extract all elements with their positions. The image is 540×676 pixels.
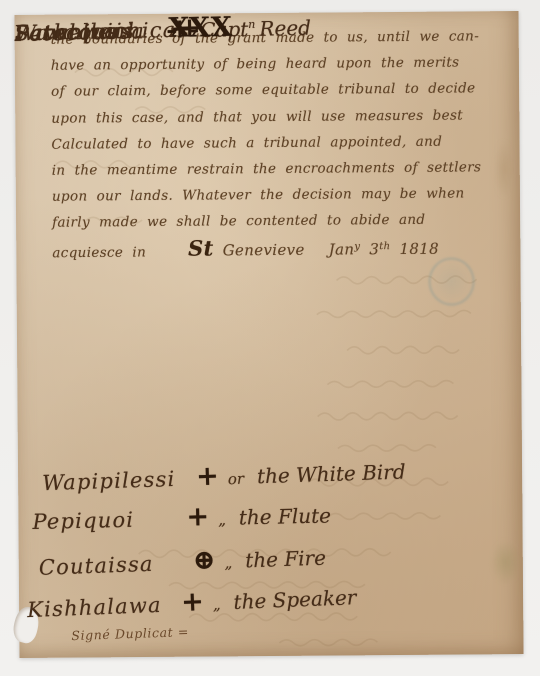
letter-line-text: fairly made we shall be contented to abi… (52, 212, 425, 231)
document-scan: the boundaries of the grant made to us, … (0, 0, 540, 676)
cross-mark-icon: + (180, 586, 204, 618)
signatory-name: Kishhalawa (27, 592, 180, 622)
circle-cross-mark-icon: ⊕ (192, 545, 216, 577)
letter-line-text: upon this case, and that you will use me… (51, 107, 463, 126)
letter-line: upon this case, and that you will use me… (51, 102, 509, 132)
letter-line: have an opportunity of being heard upon … (51, 49, 509, 79)
letter-line-text: Calculated to have such a tribunal appoi… (51, 133, 442, 152)
dateline-place-abbr: St (188, 236, 214, 261)
signatory-name: Wapipilessi (42, 466, 195, 495)
dateline-place: Genevieve (223, 241, 305, 260)
x-mark-icon: X (211, 12, 233, 43)
dateline-day: 3 (369, 240, 379, 258)
dateline-month: Jan (329, 240, 355, 258)
signature-description-superscript: n (248, 18, 255, 31)
letter-closing-line: acquiesce inStGenevieveJany3th1818 (52, 233, 510, 266)
ink-stamp (428, 257, 474, 305)
letter-line-text: in the meantime restrain the encroachmen… (52, 159, 482, 178)
ditto-mark: „ (224, 554, 232, 572)
cross-mark-icon: + (196, 461, 220, 493)
letter-line-text: of our claim, before some equitable trib… (51, 81, 475, 100)
signature-description: the Speaker (233, 585, 357, 614)
letter-line-text: acquiesce in (52, 244, 146, 261)
signature-description: the White Bird (257, 459, 406, 488)
letter-line: fairly made we shall be contented to abi… (52, 207, 510, 237)
signatory-name: Pepiquoi (32, 507, 184, 534)
signature-description: Reed (259, 16, 311, 41)
ditto-mark: or (228, 470, 245, 489)
signature-row: Pepiquoi+„the Flute (32, 498, 331, 536)
dateline-month-superscript: y (354, 241, 360, 252)
letter-line: upon our lands. Whatever the decision ma… (52, 180, 510, 210)
ditto-mark: „ (212, 595, 220, 613)
cross-mark-icon: + (186, 501, 209, 532)
dateline-year: 1818 (399, 240, 439, 258)
signature-description: the Fire (245, 546, 327, 573)
ditto-mark: „ (218, 511, 226, 529)
signature-dash: – – (166, 17, 201, 43)
letter-line: in the meantime restrain the encroachmen… (52, 154, 510, 184)
letter-line: of our claim, before some equitable trib… (51, 76, 509, 106)
letter-line-text: upon our lands. Whatever the decision ma… (52, 186, 465, 205)
letter-line-text: have an opportunity of being heard upon … (51, 55, 460, 74)
letter-line: Calculated to have such a tribunal appoi… (51, 128, 509, 158)
signature-description: the Flute (239, 503, 332, 529)
signatory-name: Coutaissa (38, 550, 191, 579)
manuscript-page: the boundaries of the grant made to us, … (14, 11, 523, 658)
signatory-name: Pacchica (14, 18, 166, 45)
signature-row: Pacchica– –X (14, 12, 241, 48)
dateline-day-superscript: th (379, 241, 390, 252)
paper-stain (491, 539, 521, 585)
letter-body: the boundaries of the grant made to us, … (51, 23, 511, 266)
